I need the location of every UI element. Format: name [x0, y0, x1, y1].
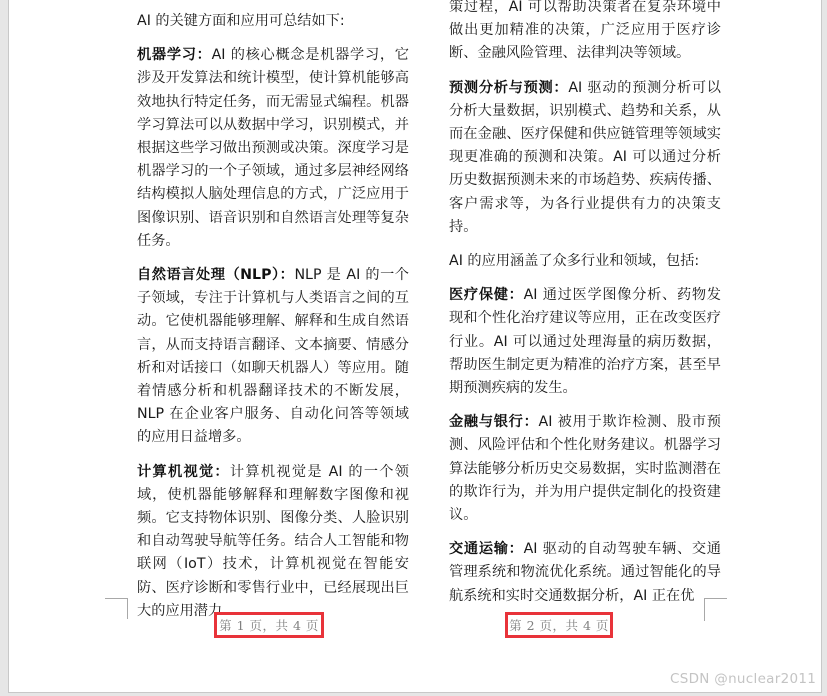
continuation-paragraph: 策过程，AI 可以帮助决策者在复杂环境中做出更加精准的决策，广泛应用于医疗诊断、… — [449, 0, 721, 66]
section-machine-learning: 机器学习：AI 的核心概念是机器学习，它涉及开发算法和统计模型，使计算机能够高效… — [137, 44, 409, 253]
section-body: AI 被用于欺诈检测、股市预测、风险评估和个性化财务建议。机器学习算法能够分析历… — [449, 414, 721, 523]
section-heading: 金融与银行： — [449, 414, 539, 430]
section-body: 计算机视觉是 AI 的一个领域，使机器能够解释和理解数字图像和视频。它支持物体识… — [137, 464, 409, 619]
section-healthcare: 医疗保健：AI 通过医学图像分析、药物发现和个性化治疗建议等应用，正在改变医疗行… — [449, 284, 721, 400]
section-body: AI 的核心概念是机器学习，它涉及开发算法和统计模型，使计算机能够高效地执行特定… — [137, 47, 409, 249]
section-transportation: 交通运输：AI 驱动的自动驾驶车辆、交通管理系统和物流优化系统。通过智能化的导航… — [449, 538, 721, 608]
page-number-text: 第 1 页，共 4 页 — [219, 616, 319, 634]
section-heading: 医疗保健： — [449, 287, 524, 303]
section-predictive-analytics: 预测分析与预测：AI 驱动的预测分析可以分析大量数据，识别模式、趋势和关系，从而… — [449, 77, 721, 239]
margin-corner-mark-right — [704, 598, 727, 621]
section-heading: 计算机视觉： — [137, 464, 230, 480]
page-2-text-column: 策过程，AI 可以帮助决策者在复杂环境中做出更加精准的决策，广泛应用于医疗诊断、… — [449, 0, 721, 619]
watermark: CSDN @nuclear2011 — [670, 671, 816, 687]
page-number-footer-2: 第 2 页，共 4 页 — [505, 612, 613, 638]
applications-intro: AI 的应用涵盖了众多行业和领域，包括: — [449, 250, 721, 273]
margin-corner-mark-left — [105, 598, 128, 619]
intro-paragraph: AI 的关键方面和应用可总结如下: — [137, 10, 409, 33]
document-page-spread: AI 的关键方面和应用可总结如下: 机器学习：AI 的核心概念是机器学习，它涉及… — [8, 0, 822, 693]
page-1-text-column: AI 的关键方面和应用可总结如下: 机器学习：AI 的核心概念是机器学习，它涉及… — [137, 10, 409, 634]
section-heading: 预测分析与预测： — [449, 80, 568, 96]
section-body: AI 驱动的预测分析可以分析大量数据，识别模式、趋势和关系，从而在金融、医疗保健… — [449, 80, 721, 235]
section-heading: 交通运输： — [449, 541, 524, 557]
section-computer-vision: 计算机视觉：计算机视觉是 AI 的一个领域，使机器能够解释和理解数字图像和视频。… — [137, 461, 409, 623]
section-body: NLP 是 AI 的一个子领域，专注于计算机与人类语言之间的互动。它使机器能够理… — [137, 267, 409, 445]
page-number-text: 第 2 页，共 4 页 — [509, 616, 609, 634]
section-nlp: 自然语言处理（NLP）：NLP 是 AI 的一个子领域，专注于计算机与人类语言之… — [137, 264, 409, 450]
page-number-footer-1: 第 1 页，共 4 页 — [214, 612, 324, 638]
section-body: AI 通过医学图像分析、药物发现和个性化治疗建议等应用，正在改变医疗行业。AI … — [449, 287, 721, 396]
section-finance: 金融与银行：AI 被用于欺诈检测、股市预测、风险评估和个性化财务建议。机器学习算… — [449, 411, 721, 527]
section-heading: 自然语言处理（NLP）： — [137, 267, 294, 283]
section-heading: 机器学习： — [137, 47, 212, 63]
